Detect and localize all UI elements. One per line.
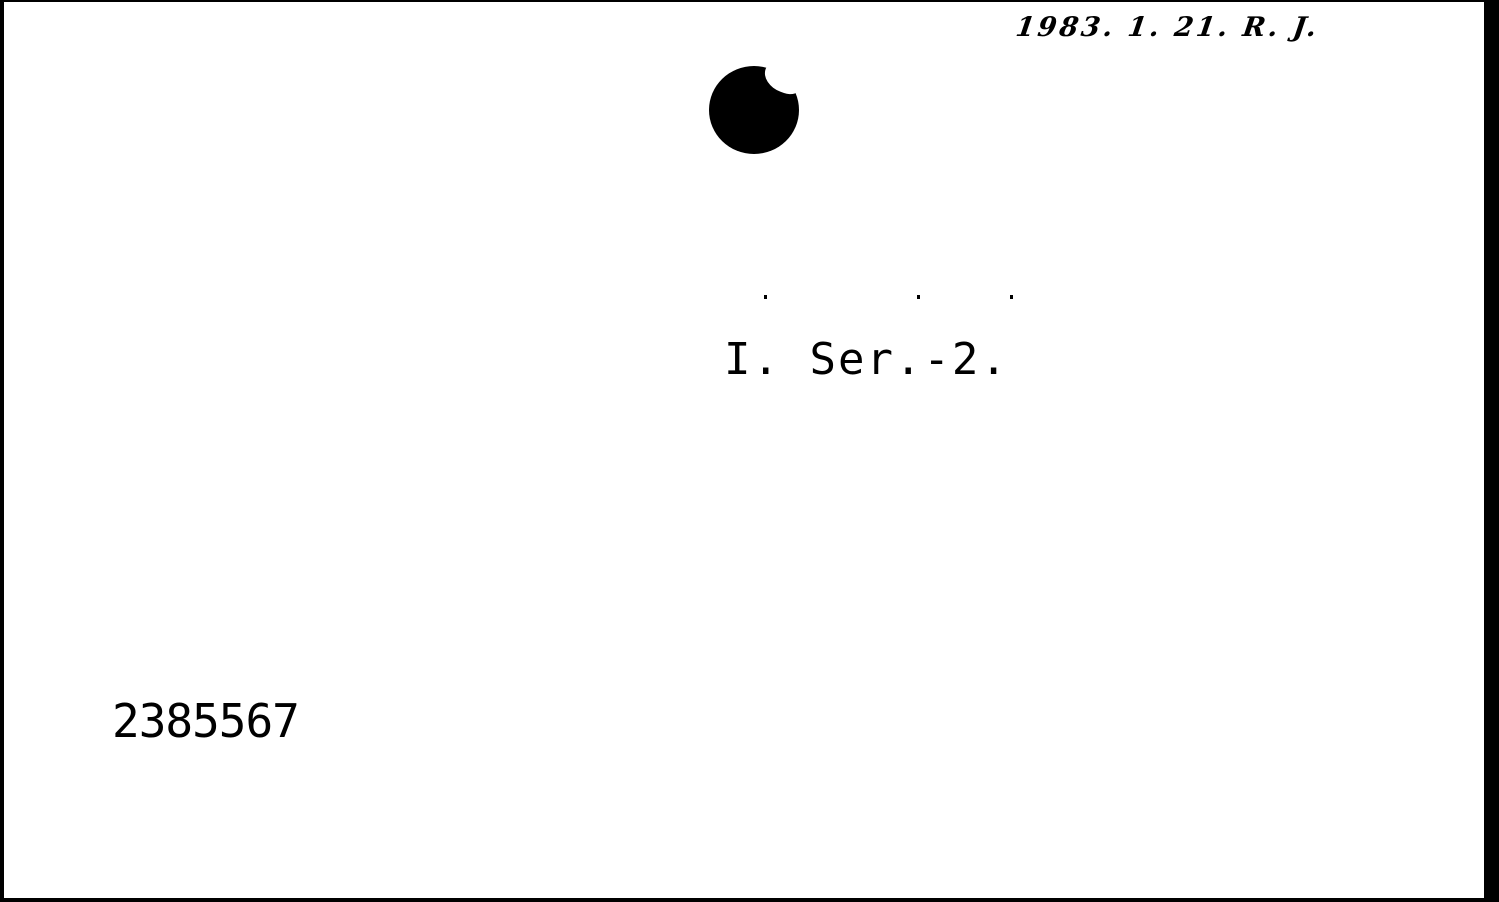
ink-dot [764, 295, 767, 299]
catalog-number: 2385567 [112, 694, 299, 748]
catalog-card: 1983. 1. 21. R. J. I. Ser.-2. 2385567 [4, 2, 1484, 898]
handwritten-note: 1983. 1. 21. R. J. [1014, 12, 1322, 43]
classification-mark: I. Ser.-2. [724, 334, 1009, 385]
ink-dot [917, 295, 920, 299]
ink-dot [1010, 295, 1013, 299]
scan-border [1484, 0, 1499, 902]
